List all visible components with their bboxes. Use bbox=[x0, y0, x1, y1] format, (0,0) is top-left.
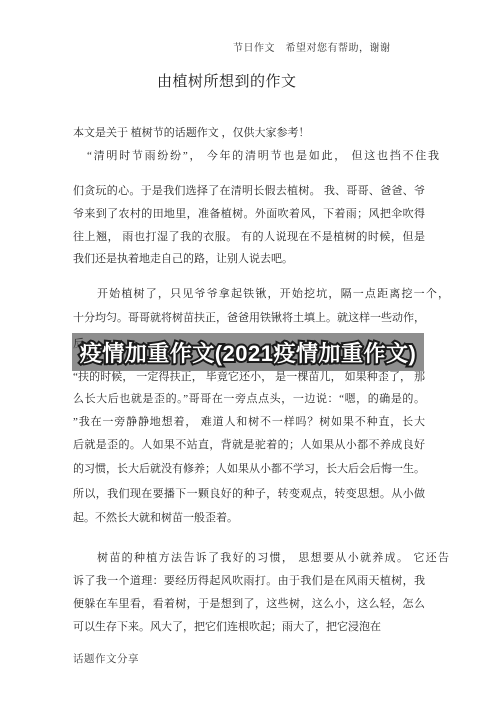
text-line: “扶的时候， 一定得扶正， 毕竟它还小， 是一棵苗儿， 如果种歪了， 那 bbox=[73, 369, 425, 385]
text-line: 起。不然长大就和树苗一般歪着。 bbox=[73, 510, 425, 526]
text-line: 便躲在车里看，看着树，于是想到了，这些树，这么小，这么轻，怎么 bbox=[73, 596, 425, 612]
watermark-banner: 反 疫情加重作文(2021疫情加重作文) 疫情加重作文(2021疫情加重作文) bbox=[72, 333, 424, 371]
text-line: 可以生存下来。风大了，把它们连根吹起；雨大了，把它浸泡在 bbox=[73, 619, 425, 635]
watermark-title: 疫情加重作文(2021疫情加重作文) 疫情加重作文(2021疫情加重作文) bbox=[72, 333, 424, 371]
text-line: 诉了我一个道理：要经历得起风吹雨打。由于我们是在风雨天植树，我 bbox=[73, 573, 425, 589]
text-line: 们贪玩的心。于是我们选择了在清明长假去植树。 我、哥哥、爸爸、爷 bbox=[73, 183, 425, 199]
text-line: 我们还是执着地走自己的路，让别人说去吧。 bbox=[73, 251, 425, 267]
text-line: 所以，我们现在要播下一颗良好的种子，转变观点，转变思想。从小做 bbox=[73, 486, 425, 502]
text-line: 么长大后也就是歪的。”哥哥在一旁点点头，一边说：“嗯，的确是的。 bbox=[73, 391, 425, 407]
text-line: 爷来到了农村的田地里，准备植树。外面吹着风，下着雨；风把伞吹得 bbox=[73, 206, 425, 222]
text-line: 本文是关于 植树节的话题作文 ，仅供大家参考！ bbox=[73, 125, 425, 141]
text-line: 树苗的种植方法告诉了我好的习惯， 思想要从小就养成。 它还告 bbox=[73, 550, 449, 566]
text-line: ”我在一旁静静地想着， 难道人和树不一样吗？树如果不种直，长大 bbox=[73, 414, 425, 430]
text-line: 十分均匀。哥哥就将树苗扶正，爸爸用铁锹将土填上。就这样一些动作， bbox=[73, 310, 425, 326]
text-line: “清明时节雨纷纷”， 今年的清明节也是如此， 但这也挡不住我 bbox=[73, 148, 439, 164]
watermark-title-fill: 疫情加重作文(2021疫情加重作文) bbox=[80, 337, 417, 368]
text-line: 后就是歪的。人如果不站直，背就是驼着的；人如果从小都不养成良好 bbox=[73, 437, 425, 453]
text-line: 的习惯，长大后就没有修养；人如果从小都不学习，长大后会后悔一生。 bbox=[73, 461, 425, 477]
text-line: 往上翘， 雨也打湿了我的衣服。 有的人说现在不是植树的时候，但是 bbox=[73, 229, 425, 245]
document-page: 节日作文 希望对您有帮助，谢谢 由植树所想到的作文 本文是关于 植树节的话题作文… bbox=[0, 0, 500, 707]
text-line: 开始植树了，只见爷爷拿起铁锹，开始挖坑，隔一点距离挖一个， bbox=[73, 286, 449, 302]
page-footer-text: 话题作文分享 bbox=[73, 651, 139, 666]
